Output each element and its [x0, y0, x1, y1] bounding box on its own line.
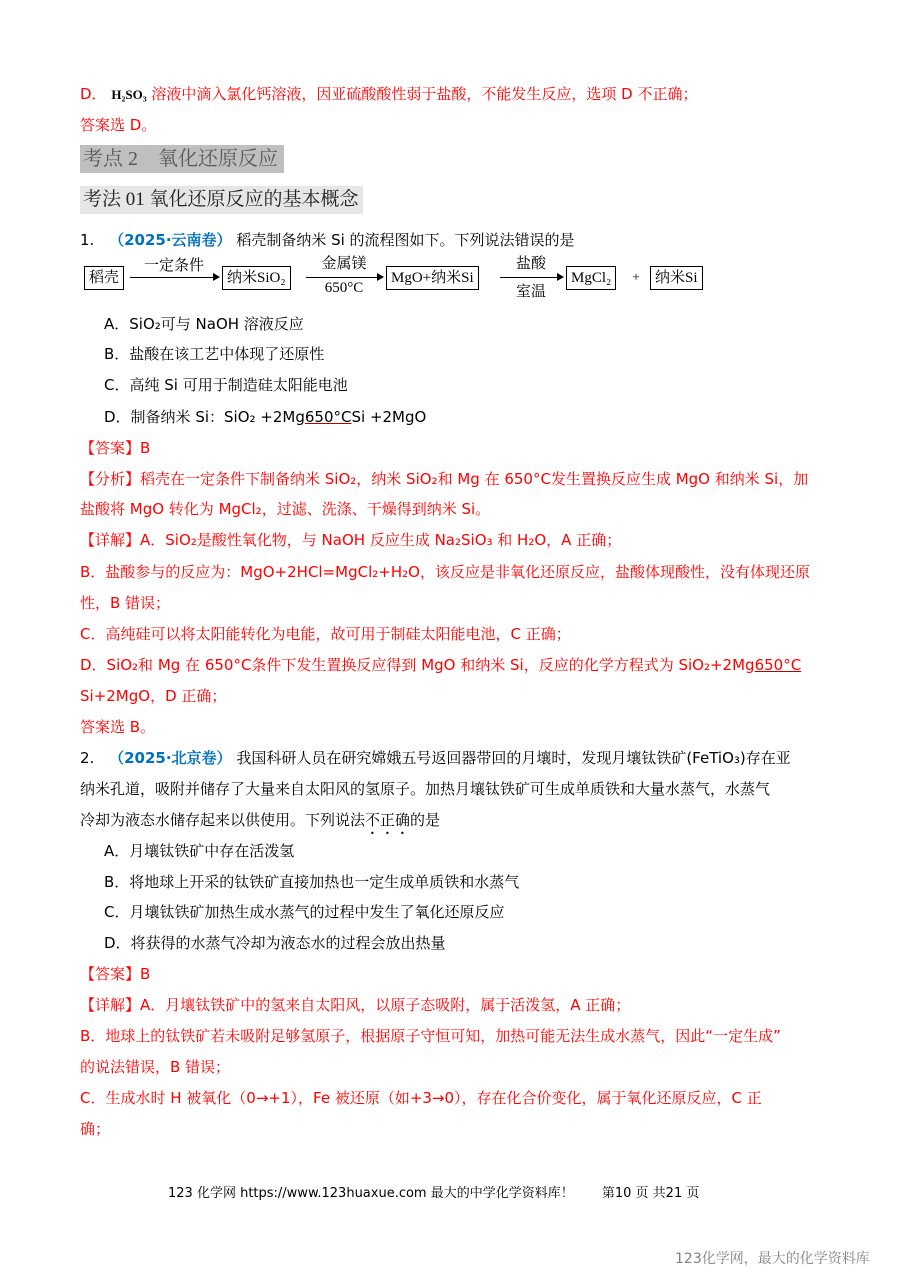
q1-detail-b-line-1: B．盐酸参与的反应为：MgO+2HCl=MgCl₂+H₂O，该反应是非氧化还原反…: [80, 562, 810, 582]
q2-detail-a: 【详解】A．月壤钛铁矿中的氢来自太阳风，以原子态吸附，属于活泼氢，A 正确；: [80, 995, 630, 1015]
flow-arrow-2-bottom-label: 650°C: [306, 280, 382, 297]
prev-option-d-explanation: D． H₂SO₃ 溶液中滴入氯化钙溶液，因亚硫酸酸性弱于盐酸，不能发生反应，选项…: [80, 84, 697, 105]
option-d-products: Si +2MgO: [351, 408, 426, 426]
stem-text: 冷却为液态水储存起来以供使用。下列说法: [80, 811, 365, 829]
detail-a-text: A．月壤钛铁矿中的氢来自太阳风，以原子态吸附，属于活泼氢，A 正确；: [140, 996, 630, 1014]
section-heading-kaodian: 考点 2 氧化还原反应: [80, 145, 284, 173]
question-source: （2025·云南卷）: [109, 231, 231, 249]
question-2-stem-line-1: 2. （2025·北京卷） 我国科研人员在研究嫦娥五号返回器带回的月壤时，发现月…: [80, 748, 791, 768]
question-2-stem-line-2: 纳米孔道，吸附并储存了大量来自太阳风的氢原子。加热月壤钛铁矿可生成单质铁和大量水…: [80, 779, 770, 799]
q1-detail-d-line-1: D．SiO₂和 Mg 在 650°C条件下发生置换反应得到 MgO 和纳米 Si…: [80, 655, 801, 675]
flow-box-mgo-si: MgO+纳米Si: [386, 266, 479, 290]
prev-final-answer: 答案选 D。: [80, 115, 156, 135]
q2-option-d: D．将获得的水蒸气冷却为液态水的过程会放出热量: [104, 933, 446, 953]
q2-option-b: B．将地球上开采的钛铁矿直接加热也一定生成单质铁和水蒸气: [104, 872, 519, 892]
flow-arrow-1-label: 一定条件: [134, 254, 214, 275]
analysis-label: 【分析】: [80, 470, 140, 488]
option-d-text: D．制备纳米 Si：SiO₂ +2Mg: [104, 408, 305, 426]
detail-a-text: A．SiO₂是酸性氧化物，与 NaOH 反应生成 Na₂SiO₃ 和 H₂O，A…: [140, 531, 621, 549]
q1-analysis-line-2: 盐酸将 MgO 转化为 MgCl₂，过滤、洗涤、干燥得到纳米 Si。: [80, 499, 490, 519]
q1-option-d: D．制备纳米 Si：SiO₂ +2Mg650°CSi +2MgO: [104, 407, 426, 427]
detail-label: 【详解】: [80, 531, 140, 549]
q1-detail-a: 【详解】A．SiO₂是酸性氧化物，与 NaOH 反应生成 Na₂SiO₃ 和 H…: [80, 530, 621, 550]
q1-option-b: B．盐酸在该工艺中体现了还原性: [104, 344, 324, 364]
question-text: 我国科研人员在研究嫦娥五号返回器带回的月壤时，发现月壤钛铁矿(FeTiO₃)存在…: [236, 749, 790, 767]
question-number: 1.: [80, 231, 94, 249]
flow-plus-sign: +: [628, 269, 644, 285]
q2-option-a: A．月壤钛铁矿中存在活泼氢: [104, 841, 294, 861]
explanation-text: 溶液中滴入氯化钙溶液，因亚硫酸酸性弱于盐酸，不能发生反应，选项 D 不正确；: [151, 85, 697, 103]
detail-d-text: D．SiO₂和 Mg 在 650°C条件下发生置换反应得到 MgO 和纳米 Si…: [80, 656, 755, 674]
reaction-condition: 650°C: [755, 656, 802, 674]
q1-option-a: A．SiO₂可与 NaOH 溶液反应: [104, 314, 304, 334]
q2-detail-c-line-2: 确；: [80, 1119, 110, 1139]
q1-analysis-line-1: 【分析】稻壳在一定条件下制备纳米 SiO₂，纳米 SiO₂和 Mg 在 650°…: [80, 469, 808, 489]
page-number: 第10 页 共21 页: [602, 1186, 699, 1201]
page-footer: 123 化学网 https://www.123huaxue.com 最大的中学化…: [168, 1182, 699, 1201]
question-text: 稻壳制备纳米 Si 的流程图如下。下列说法错误的是: [236, 231, 574, 249]
flow-box-nano-si: 纳米Si: [650, 266, 703, 290]
question-2-stem-line-3: 冷却为液态水储存起来以供使用。下列说法不正确的是: [80, 810, 440, 838]
q1-detail-c: C．高纯硅可以将太阳能转化为电能，故可用于制硅太阳能电池，C 正确；: [80, 624, 571, 644]
q2-option-c: C．月壤钛铁矿加热生成水蒸气的过程中发生了氧化还原反应: [104, 902, 504, 922]
answer-value: B: [140, 439, 150, 457]
question-source: （2025·北京卷）: [109, 749, 231, 767]
process-flow-diagram: 稻壳 一定条件 纳米SiO₂ 金属镁 650°C MgO+纳米Si 盐酸 室温 …: [84, 258, 724, 294]
q2-answer: 【答案】B: [80, 964, 150, 984]
q1-answer: 【答案】B: [80, 438, 150, 458]
question-number: 2.: [80, 749, 94, 767]
flow-arrow-2-top-label: 金属镁: [306, 252, 382, 273]
stem-text-end: 的是: [410, 811, 440, 829]
q2-detail-c-line-1: C．生成水时 H 被氧化（0→+1），Fe 被还原（如+3→0），存在化合价变化…: [80, 1088, 762, 1108]
answer-label: 【答案】: [80, 439, 140, 457]
detail-label: 【详解】: [80, 996, 140, 1014]
option-letter: D．: [80, 85, 107, 103]
answer-value: B: [140, 965, 150, 983]
q1-detail-d-line-2: Si+2MgO，D 正确；: [80, 686, 226, 706]
watermark: 123化学网，最大的化学资料库: [675, 1248, 870, 1268]
answer-label: 【答案】: [80, 965, 140, 983]
q1-final-answer: 答案选 B。: [80, 717, 155, 737]
section-heading-kaofa: 考法 01 氧化还原反应的基本概念: [80, 186, 363, 214]
q2-detail-b-line-1: B．地球上的钛铁矿若未吸附足够氢原子，根据原子守恒可知，加热可能无法生成水蒸气，…: [80, 1026, 781, 1046]
reaction-condition: 650°C: [305, 408, 352, 426]
q1-detail-b-line-2: 性，B 错误；: [80, 593, 170, 613]
flow-arrow-1: [130, 277, 218, 278]
flow-arrow-3-bottom-label: 室温: [500, 280, 562, 301]
q1-option-c: C．高纯 Si 可用于制造硅太阳能电池: [104, 375, 348, 395]
footer-site-text: 123 化学网 https://www.123huaxue.com 最大的中学化…: [168, 1186, 574, 1201]
flow-box-nano-sio2: 纳米SiO₂: [222, 266, 291, 290]
flow-box-mgcl2: MgCl₂: [566, 266, 616, 290]
flow-arrow-2: [306, 277, 382, 278]
question-1-stem: 1. （2025·云南卷） 稻壳制备纳米 Si 的流程图如下。下列说法错误的是: [80, 230, 575, 250]
emphasized-text: 不正确: [365, 811, 410, 829]
flow-box-rice-husk: 稻壳: [84, 266, 124, 290]
q2-detail-b-line-2: 的说法错误，B 错误；: [80, 1057, 230, 1077]
analysis-text: 稻壳在一定条件下制备纳米 SiO₂，纳米 SiO₂和 Mg 在 650°C发生置…: [140, 470, 808, 488]
flow-arrow-3: [500, 277, 562, 278]
chemical-formula: H₂SO₃: [111, 87, 146, 102]
flow-arrow-3-top-label: 盐酸: [500, 252, 562, 273]
